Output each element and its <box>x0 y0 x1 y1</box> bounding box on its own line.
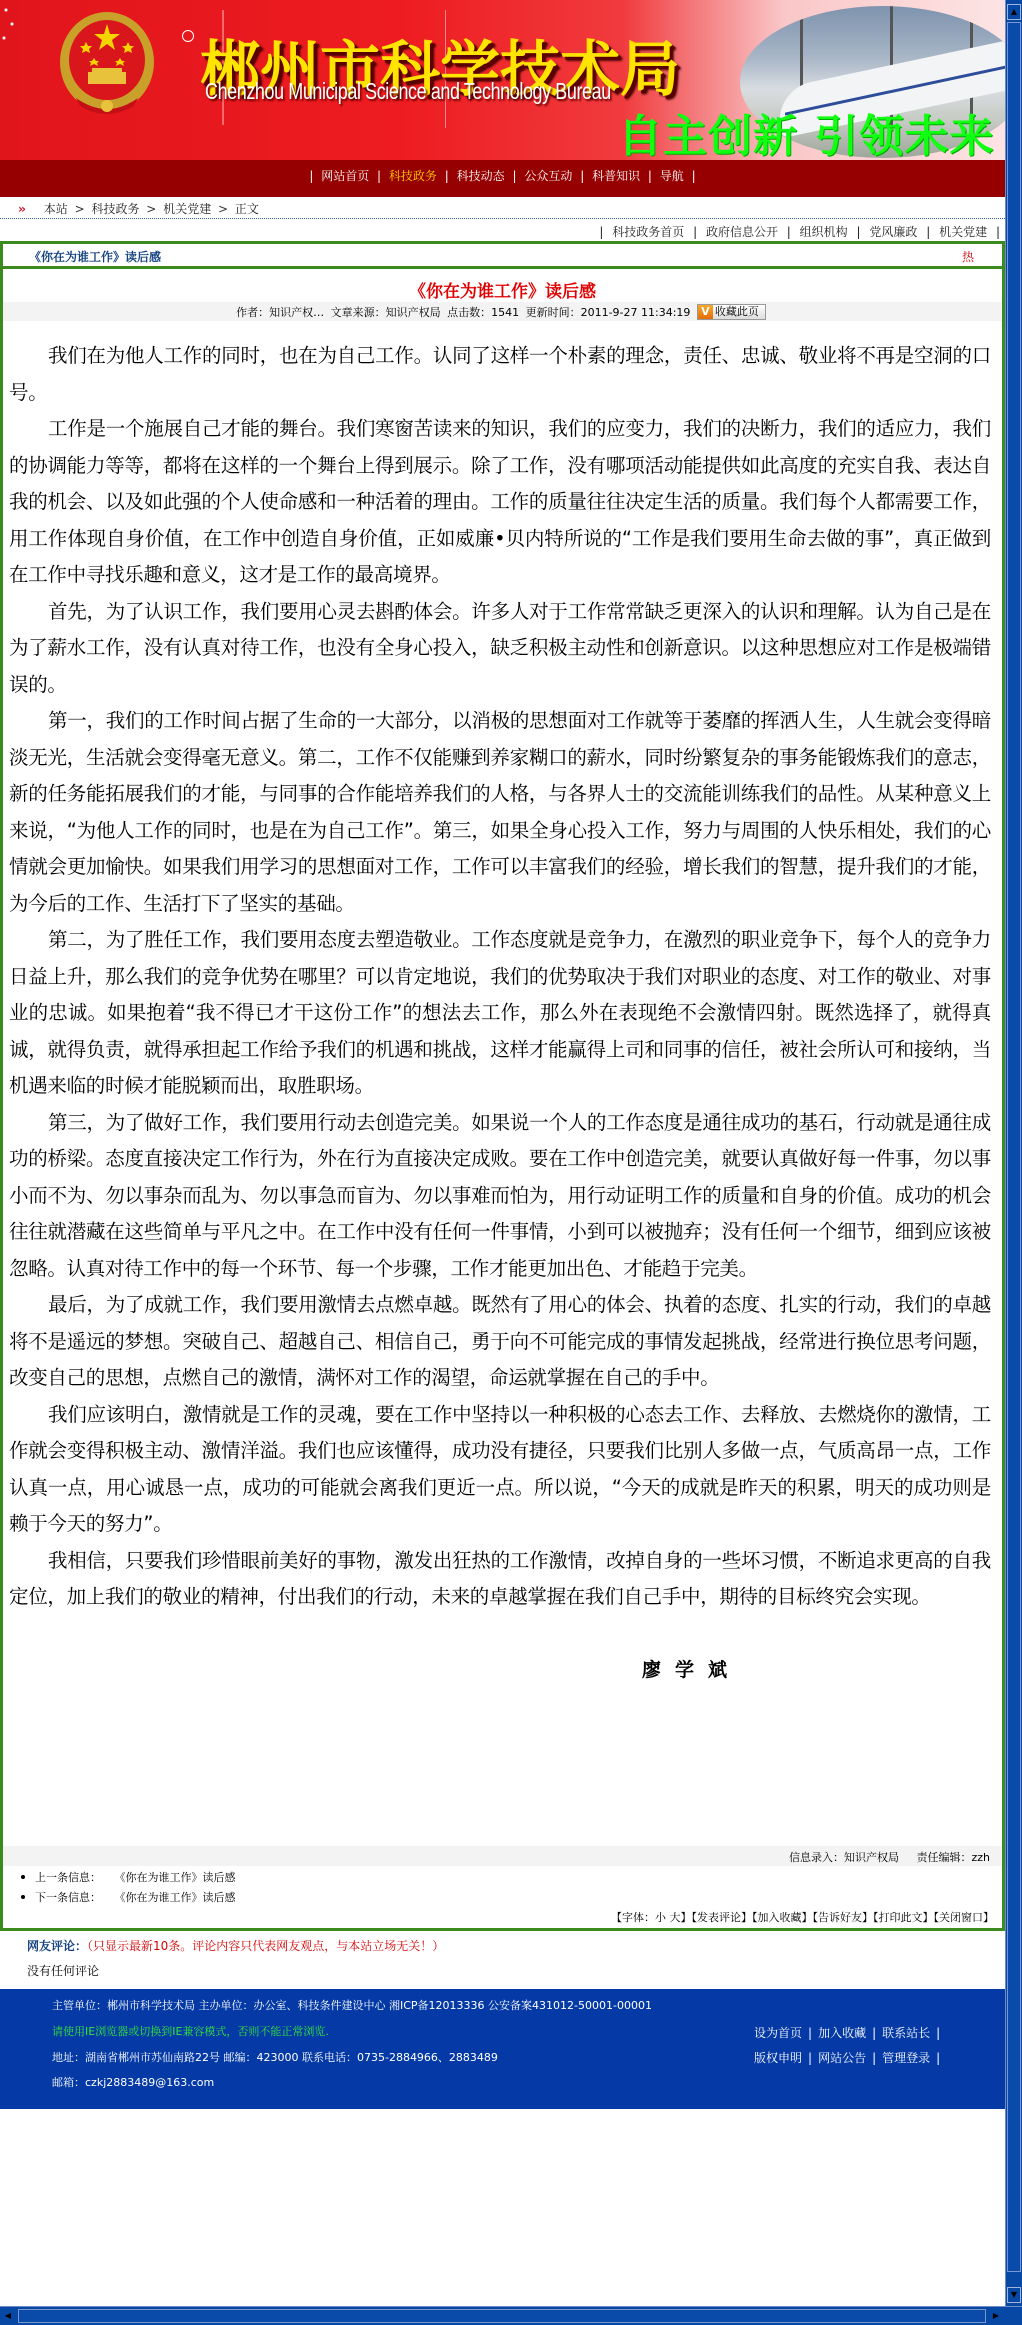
nav-separator: | <box>377 169 381 183</box>
font-size-label: 【字体： <box>611 1911 655 1924</box>
topic-title: 《你在为谁工作》读后感 <box>29 248 161 265</box>
article-body: 我们在为他人工作的同时，也在为自己工作。认同了这样一个朴素的理念，责任、忠诚、敬… <box>3 321 1002 1688</box>
content-frame: 《你在为谁工作》读后感 热 《你在为谁工作》读后感 作者：知识产权… 文章来源：… <box>0 241 1005 1931</box>
meta-updated: 更新时间：2011-9-27 11:34:19 <box>526 306 691 319</box>
nav-separator: | <box>512 169 516 183</box>
subnav-item-info-disclosure[interactable]: 政府信息公开 <box>706 225 778 239</box>
page-viewport: 郴州市科学技术局 Chenzhou Municipal Science and … <box>0 0 1005 2306</box>
article-signature: 廖学斌 <box>9 1652 991 1689</box>
nav-separator: | <box>580 169 584 183</box>
sub-nav: | 科技政务首页 | 政府信息公开 | 组织机构 | 党风廉政 | 机关党建 | <box>0 219 1005 241</box>
meta-source: 文章来源：知识产权局 <box>331 306 441 319</box>
nav-separator: | <box>445 169 449 183</box>
sparkle-decoration <box>0 0 20 60</box>
prev-next-list: 上一条信息： 《你在为谁工作》读后感 下一条信息： 《你在为谁工作》读后感 <box>3 1866 1002 1909</box>
article-paragraph: 首先，为了认识工作，我们要用心灵去斟酌体会。许多人对于工作常常缺乏更深入的认识和… <box>9 594 991 704</box>
subnav-separator: | <box>787 225 791 239</box>
footer-separator: | <box>872 2051 876 2065</box>
footer-sponsor: 主管单位：郴州市科学技术局 主办单位：办公室、科技条件建设中心 湘ICP备120… <box>52 1997 652 2013</box>
contact-webmaster-link[interactable]: 联系站长 <box>882 2026 930 2040</box>
hot-badge: 热 <box>962 248 974 265</box>
footer-separator: | <box>808 2026 812 2040</box>
footer-separator: | <box>872 2026 876 2040</box>
article-paragraph: 第一，我们的工作时间占据了生命的一大部分，以消极的思想面对工作就等于萎靡的挥洒人… <box>9 703 991 922</box>
nav-item-navigation[interactable]: 导航 <box>660 169 684 183</box>
subnav-separator: | <box>996 225 1000 239</box>
editor-info: 信息录入：知识产权局 责任编辑：zzh <box>3 1846 1002 1866</box>
responsible-editor: 责任编辑：zzh <box>916 1851 990 1864</box>
site-subtitle: Chenzhou Municipal Science and Technolog… <box>205 78 611 105</box>
double-chevron-icon: ›› <box>18 202 24 216</box>
topic-bar: 《你在为谁工作》读后感 热 <box>3 241 1002 269</box>
nav-item-tech-news[interactable]: 科技动态 <box>457 169 505 183</box>
nav-separator: | <box>309 169 313 183</box>
breadcrumb-home[interactable]: 本站 <box>44 202 68 216</box>
font-large-link[interactable]: 大 <box>670 1911 681 1924</box>
site-banner: 郴州市科学技术局 Chenzhou Municipal Science and … <box>0 0 1005 160</box>
nav-item-science-knowledge[interactable]: 科普知识 <box>592 169 640 183</box>
footer-links-row2: 版权申明|网站公告|管理登录| <box>754 2049 946 2066</box>
next-article-link[interactable]: 《你在为谁工作》读后感 <box>115 1891 236 1904</box>
subnav-separator: | <box>693 225 697 239</box>
article-paragraph: 我们在为他人工作的同时，也在为自己工作。认同了这样一个朴素的理念，责任、忠诚、敬… <box>9 338 991 411</box>
article-paragraph: 最后，为了成就工作，我们要用激情去点燃卓越。既然有了用心的体会、执着的态度、扎实… <box>9 1287 991 1397</box>
next-article: 下一条信息： 《你在为谁工作》读后感 <box>35 1889 1002 1909</box>
horizontal-scrollbar[interactable]: ◀ ▶ <box>0 2306 1022 2325</box>
content-spacer <box>3 1688 1002 1846</box>
comments-section: 网友评论：（只显示最新10条。评论内容只代表网友观点，与本站立场无关！） 没有任… <box>0 1931 1005 1989</box>
subnav-separator: | <box>926 225 930 239</box>
comments-label: 网友评论： <box>27 1939 87 1953</box>
nav-item-gov-affairs[interactable]: 科技政务 <box>389 169 437 183</box>
article-paragraph: 第二，为了胜任工作，我们要用态度去塑造敬业。工作态度就是竞争力，在激烈的职业竞争… <box>9 922 991 1105</box>
font-small-link[interactable]: 小 <box>655 1911 666 1924</box>
prev-article: 上一条信息： 《你在为谁工作》读后感 <box>35 1869 1002 1889</box>
footer-add-favorite-link[interactable]: 加入收藏 <box>818 2026 866 2040</box>
post-comment-link[interactable]: 【发表评论】 <box>692 1911 753 1924</box>
admin-login-link[interactable]: 管理登录 <box>882 2051 930 2065</box>
breadcrumb-gov-affairs[interactable]: 科技政务 <box>91 202 139 216</box>
font-size-close: 】 <box>681 1911 692 1924</box>
entered-by: 信息录入：知识产权局 <box>789 1851 899 1864</box>
breadcrumb-current: 正文 <box>235 202 259 216</box>
comments-empty: 没有任何评论 <box>27 1962 1005 1979</box>
scrollbar-corner <box>1005 2307 1022 2325</box>
article-paragraph: 工作是一个施展自己才能的舞台。我们寒窗苦读来的知识，我们的应变力，我们的决断力，… <box>9 411 991 594</box>
print-link[interactable]: 【打印此文】 <box>873 1911 934 1924</box>
subnav-item-integrity[interactable]: 党风廉政 <box>869 225 917 239</box>
breadcrumb-separator: > <box>218 202 228 216</box>
article-paragraph: 第三，为了做好工作，我们要用行动去创造完美。如果说一个人的工作态度是通往成功的基… <box>9 1105 991 1288</box>
add-favorite-link[interactable]: 【加入收藏】 <box>752 1911 813 1924</box>
subnav-separator: | <box>857 225 861 239</box>
footer-separator: | <box>936 2051 940 2065</box>
bookmark-label: 收藏此页 <box>715 305 759 318</box>
footer-links-row1: 设为首页|加入收藏|联系站长| <box>754 2024 946 2041</box>
vertical-scroll-thumb[interactable] <box>1007 22 1021 2272</box>
scroll-right-arrow-icon[interactable]: ▶ <box>990 2309 1002 2323</box>
title-ring-icon <box>182 30 194 42</box>
prev-label: 上一条信息： <box>35 1871 101 1884</box>
vertical-scrollbar[interactable]: ▲ ▼ <box>1005 0 1022 2306</box>
main-nav: | 网站首页 | 科技政务 | 科技动态 | 公众互动 | 科普知识 | 导航 … <box>0 160 1005 197</box>
footer-separator: | <box>936 2026 940 2040</box>
set-homepage-link[interactable]: 设为首页 <box>754 2026 802 2040</box>
site-footer: 主管单位：郴州市科学技术局 主办单位：办公室、科技条件建设中心 湘ICP备120… <box>0 1989 1005 2109</box>
nav-separator: | <box>692 169 696 183</box>
next-label: 下一条信息： <box>35 1891 101 1904</box>
footer-separator: | <box>808 2051 812 2065</box>
meta-hits: 点击数：1541 <box>447 306 519 319</box>
breadcrumb: ›› 本站 > 科技政务 > 机关党建 > 正文 <box>0 197 1005 219</box>
nav-item-home[interactable]: 网站首页 <box>321 169 369 183</box>
footer-browser-notice: 请使用IE浏览器或切换到IE兼容模式，否则不能正常浏览. <box>52 2023 329 2039</box>
nav-item-public-interaction[interactable]: 公众互动 <box>524 169 572 183</box>
scroll-left-arrow-icon[interactable]: ◀ <box>2 2309 14 2323</box>
subnav-item-gov-home[interactable]: 科技政务首页 <box>612 225 684 239</box>
footer-address: 地址：湖南省郴州市苏仙南路22号 邮编：423000 联系电话：0735-288… <box>52 2049 498 2065</box>
prev-article-link[interactable]: 《你在为谁工作》读后感 <box>115 1871 236 1884</box>
article-tools: 【字体：小 大】【发表评论】【加入收藏】【告诉好友】【打印此文】【关闭窗口】 <box>3 1909 1002 1931</box>
slogan: 自主创新 引领未来 <box>618 100 994 160</box>
subnav-separator: | <box>599 225 603 239</box>
article-meta: 作者：知识产权… 文章来源：知识产权局 点击数：1541 更新时间：2011-9… <box>3 302 1002 321</box>
breadcrumb-separator: > <box>146 202 156 216</box>
article-paragraph: 我相信，只要我们珍惜眼前美好的事物，激发出狂热的工作激情，改掉自身的一些坏习惯，… <box>9 1543 991 1616</box>
breadcrumb-party-building[interactable]: 机关党建 <box>163 202 211 216</box>
breadcrumb-separator: > <box>75 202 85 216</box>
subnav-item-organization[interactable]: 组织机构 <box>800 225 848 239</box>
scroll-up-arrow-icon[interactable]: ▲ <box>1007 4 1021 20</box>
subnav-item-party-building[interactable]: 机关党建 <box>939 225 987 239</box>
scroll-down-arrow-icon[interactable]: ▼ <box>1007 2287 1021 2303</box>
bookmark-v-icon: V <box>698 305 713 319</box>
meta-author: 作者：知识产权… <box>236 306 324 319</box>
copyright-link[interactable]: 版权申明 <box>754 2051 802 2065</box>
bookmark-page-button[interactable]: V收藏此页 <box>697 304 766 320</box>
article-paragraph: 我们应该明白，激情就是工作的灵魂，要在工作中坚持以一种积极的心态去工作、去释放、… <box>9 1397 991 1543</box>
footer-email: 邮箱：czkj2883489@163.com <box>52 2074 214 2090</box>
national-emblem-icon <box>56 10 158 120</box>
tell-friend-link[interactable]: 【告诉好友】 <box>813 1911 874 1924</box>
comments-note: （只显示最新10条。评论内容只代表网友观点，与本站立场无关！） <box>87 1939 444 1953</box>
close-window-link[interactable]: 【关闭窗口】 <box>934 1911 995 1924</box>
article-title: 《你在为谁工作》读后感 <box>3 269 1002 302</box>
site-announcement-link[interactable]: 网站公告 <box>818 2051 866 2065</box>
horizontal-scroll-thumb[interactable] <box>18 2309 986 2323</box>
nav-separator: | <box>648 169 652 183</box>
